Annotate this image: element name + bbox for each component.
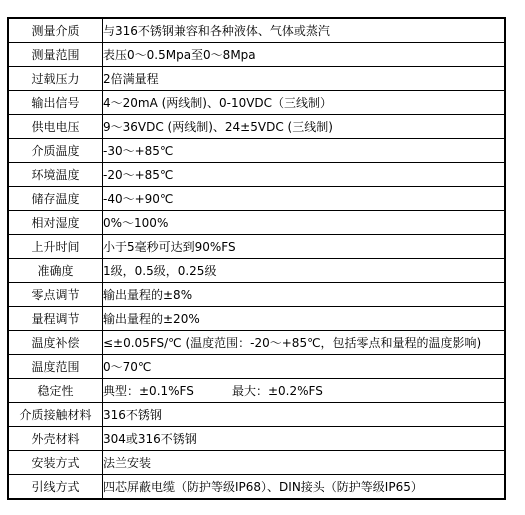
table-row: 引线方式 四芯屏蔽电缆（防护等级IP68）、DIN接头（防护等级IP65） bbox=[8, 475, 505, 500]
table-row: 量程调节 输出量程的±20% bbox=[8, 307, 505, 331]
spec-table-body: 测量介质 与316不锈钢兼容和各种液体、气体或蒸汽 测量范围 表压0～0.5Mp… bbox=[8, 18, 505, 499]
spec-label: 温度补偿 bbox=[8, 331, 103, 355]
spec-label: 环境温度 bbox=[8, 163, 103, 187]
spec-label: 测量范围 bbox=[8, 43, 103, 67]
table-row: 测量范围 表压0～0.5Mpa至0～8Mpa bbox=[8, 43, 505, 67]
spec-label: 测量介质 bbox=[8, 18, 103, 43]
spec-label: 过载压力 bbox=[8, 67, 103, 91]
table-row: 零点调节 输出量程的±8% bbox=[8, 283, 505, 307]
spec-value: 法兰安装 bbox=[103, 451, 506, 475]
spec-value: 316不锈钢 bbox=[103, 403, 506, 427]
table-row: 供电电压 9～36VDC (两线制)、24±5VDC (三线制) bbox=[8, 115, 505, 139]
table-row: 测量介质 与316不锈钢兼容和各种液体、气体或蒸汽 bbox=[8, 18, 505, 43]
table-row: 过载压力 2倍满量程 bbox=[8, 67, 505, 91]
table-row: 环境温度 -20～+85℃ bbox=[8, 163, 505, 187]
spec-value: 2倍满量程 bbox=[103, 67, 506, 91]
spec-value: -30～+85℃ bbox=[103, 139, 506, 163]
spec-label: 外壳材料 bbox=[8, 427, 103, 451]
table-row: 储存温度 -40～+90℃ bbox=[8, 187, 505, 211]
spec-value: 小于5毫秒可达到90%FS bbox=[103, 235, 506, 259]
spec-label: 介质温度 bbox=[8, 139, 103, 163]
table-row: 温度补偿 ≤±0.05FS/℃ (温度范围：-20～+85℃，包括零点和量程的温… bbox=[8, 331, 505, 355]
spec-value: 9～36VDC (两线制)、24±5VDC (三线制) bbox=[103, 115, 506, 139]
spec-table-container: 测量介质 与316不锈钢兼容和各种液体、气体或蒸汽 测量范围 表压0～0.5Mp… bbox=[7, 17, 506, 500]
spec-value: ≤±0.05FS/℃ (温度范围：-20～+85℃，包括零点和量程的温度影响) bbox=[103, 331, 506, 355]
table-row: 输出信号 4～20mA (两线制)、0-10VDC（三线制） bbox=[8, 91, 505, 115]
spec-label: 输出信号 bbox=[8, 91, 103, 115]
spec-label: 相对湿度 bbox=[8, 211, 103, 235]
table-row: 介质接触材料 316不锈钢 bbox=[8, 403, 505, 427]
spec-label: 量程调节 bbox=[8, 307, 103, 331]
spec-value: 输出量程的±20% bbox=[103, 307, 506, 331]
spec-label: 供电电压 bbox=[8, 115, 103, 139]
spec-label: 引线方式 bbox=[8, 475, 103, 500]
spec-value: 与316不锈钢兼容和各种液体、气体或蒸汽 bbox=[103, 18, 506, 43]
spec-label: 温度范围 bbox=[8, 355, 103, 379]
table-row: 温度范围 0～70℃ bbox=[8, 355, 505, 379]
spec-value: 0～70℃ bbox=[103, 355, 506, 379]
spec-value: 4～20mA (两线制)、0-10VDC（三线制） bbox=[103, 91, 506, 115]
table-row: 外壳材料 304或316不锈钢 bbox=[8, 427, 505, 451]
spec-value: -40～+90℃ bbox=[103, 187, 506, 211]
spec-value: 典型：±0.1%FS 最大：±0.2%FS bbox=[103, 379, 506, 403]
table-row: 上升时间 小于5毫秒可达到90%FS bbox=[8, 235, 505, 259]
spec-value: 1级，0.5级，0.25级 bbox=[103, 259, 506, 283]
spec-label: 安装方式 bbox=[8, 451, 103, 475]
spec-value: 304或316不锈钢 bbox=[103, 427, 506, 451]
spec-value: 输出量程的±8% bbox=[103, 283, 506, 307]
table-row: 安装方式 法兰安装 bbox=[8, 451, 505, 475]
table-row: 稳定性 典型：±0.1%FS 最大：±0.2%FS bbox=[8, 379, 505, 403]
spec-value: -20～+85℃ bbox=[103, 163, 506, 187]
table-row: 准确度 1级，0.5级，0.25级 bbox=[8, 259, 505, 283]
spec-label: 准确度 bbox=[8, 259, 103, 283]
table-row: 介质温度 -30～+85℃ bbox=[8, 139, 505, 163]
spec-label: 零点调节 bbox=[8, 283, 103, 307]
spec-label: 介质接触材料 bbox=[8, 403, 103, 427]
spec-label: 稳定性 bbox=[8, 379, 103, 403]
spec-label: 上升时间 bbox=[8, 235, 103, 259]
table-row: 相对湿度 0%～100% bbox=[8, 211, 505, 235]
spec-table: 测量介质 与316不锈钢兼容和各种液体、气体或蒸汽 测量范围 表压0～0.5Mp… bbox=[7, 17, 506, 500]
spec-value: 四芯屏蔽电缆（防护等级IP68）、DIN接头（防护等级IP65） bbox=[103, 475, 506, 500]
spec-value: 0%～100% bbox=[103, 211, 506, 235]
spec-label: 储存温度 bbox=[8, 187, 103, 211]
spec-value: 表压0～0.5Mpa至0～8Mpa bbox=[103, 43, 506, 67]
